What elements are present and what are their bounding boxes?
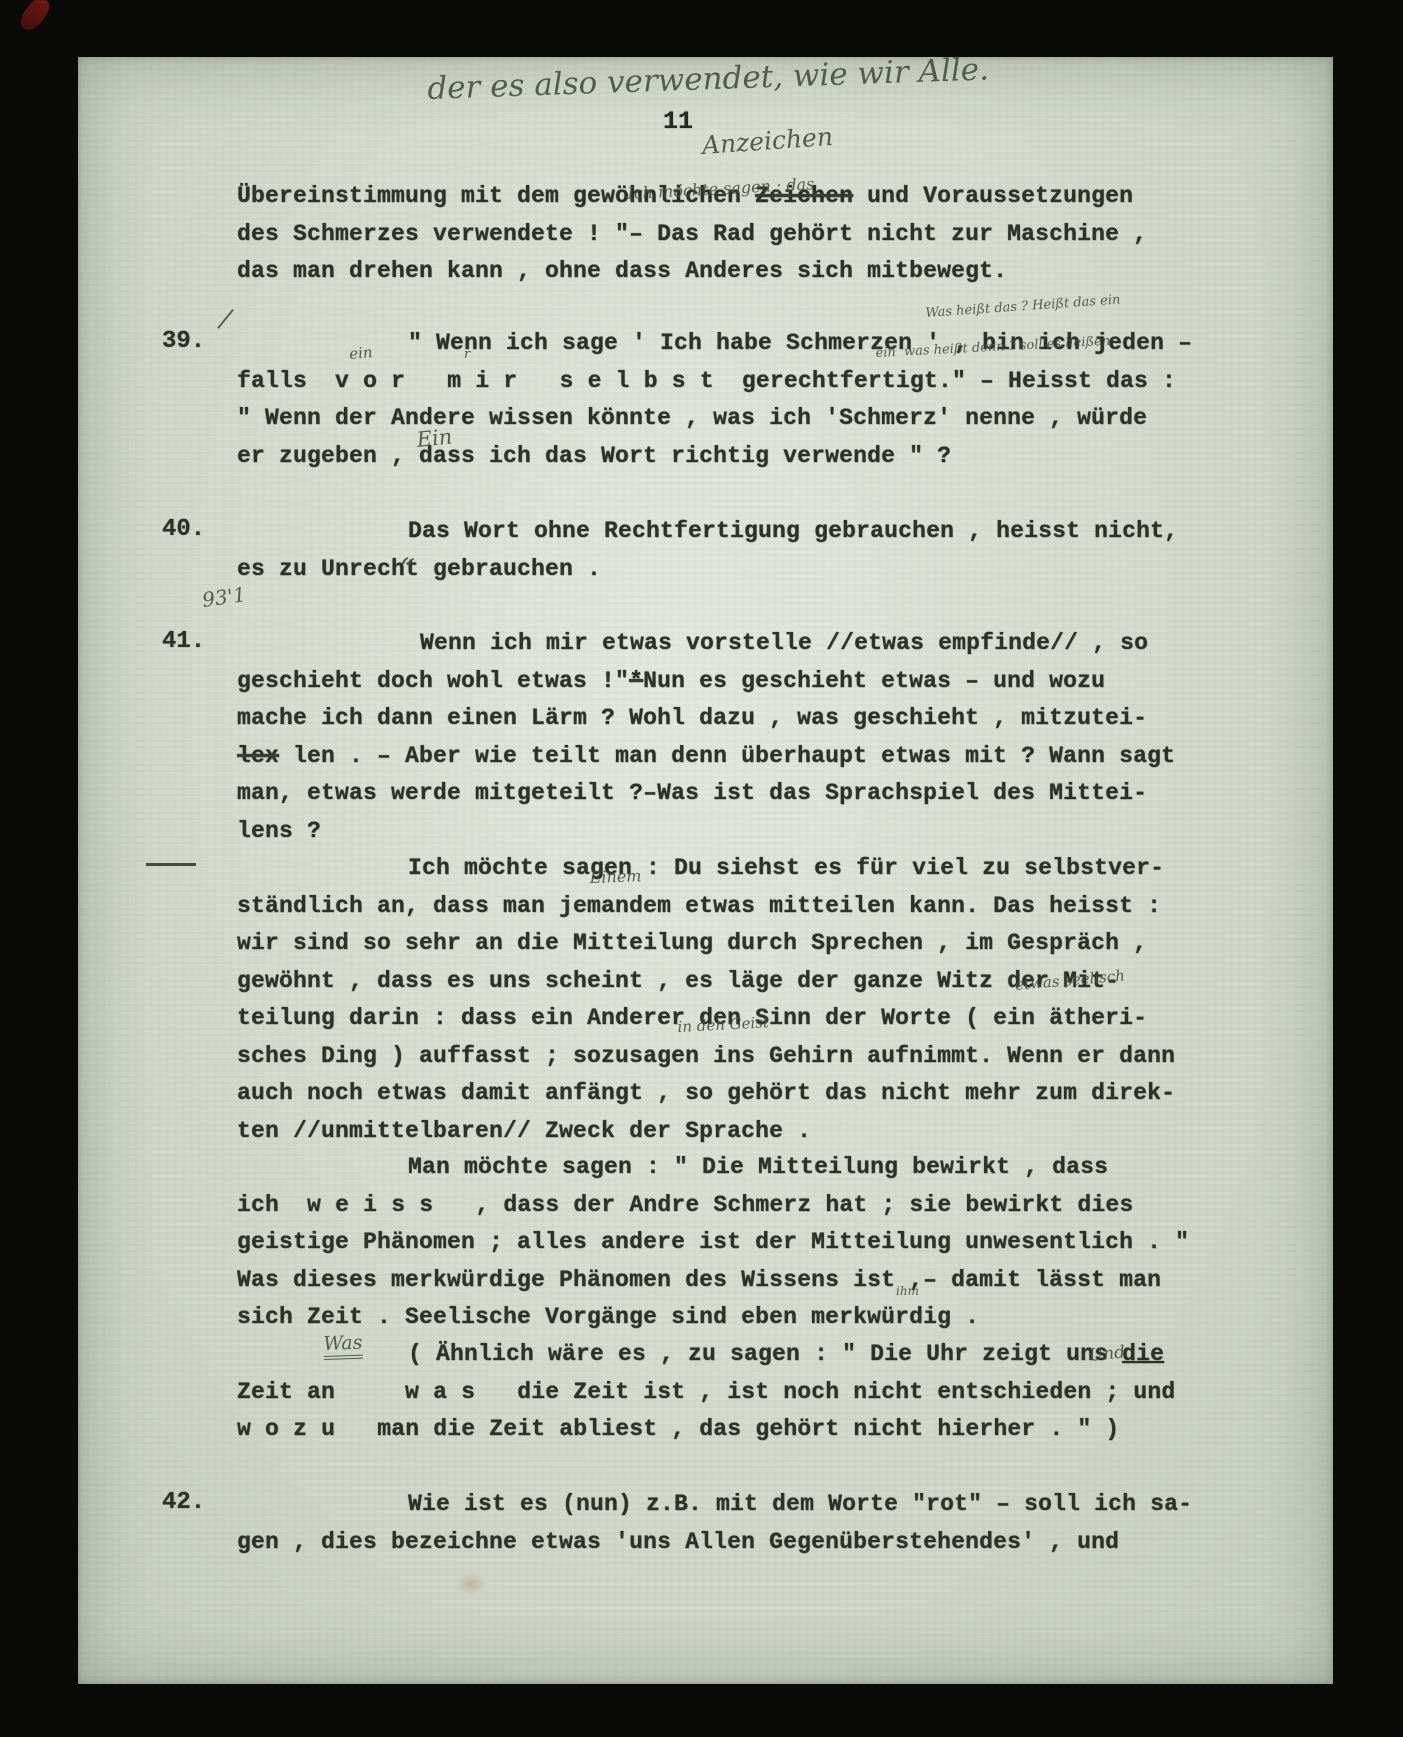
page: 11 Übereinstimmung mit dem gewöhnlichen … (78, 57, 1333, 1684)
typed-line: ich weiss , dass der Andre Schmerz hat ;… (237, 1190, 1133, 1220)
typed-line: ten //unmittelbaren// Zweck der Sprache … (237, 1116, 811, 1146)
tick-mark: ∕ (218, 304, 233, 335)
margin-dash (146, 863, 196, 866)
scan-background: { "scan": { "page_number": "11", "paper_… (0, 0, 1403, 1737)
section-number: 40. (162, 516, 205, 543)
typed-line: gen , dies bezeichne etwas 'uns Allen Ge… (237, 1527, 1119, 1557)
typed-line: Wie ist es (nun) z.B. mit dem Worte "rot… (408, 1489, 1192, 1519)
text-segment: das man drehen kann , ohne dass Anderes … (237, 258, 1007, 284)
section-number: 39. (162, 328, 205, 355)
typed-line: auch noch etwas damit anfängt , so gehör… (237, 1078, 1175, 1108)
text-segment: mache ich dann einen Lärm ? Wohl dazu , … (237, 705, 1147, 731)
text-segment: es zu Unrecht gebrauchen . (237, 556, 601, 582)
text-segment: lens ? (237, 818, 321, 844)
typed-line: lex len . – Aber wie teilt man denn über… (237, 741, 1175, 771)
text-segment (349, 1379, 405, 1405)
typed-line: mache ich dann einen Lärm ? Wohl dazu , … (237, 703, 1147, 733)
text-segment: des Schmerzes verwendete ! "– Das Rad ge… (237, 221, 1147, 247)
typed-line: geschieht doch wohl etwas !"*Nun es gesc… (237, 666, 1105, 696)
text-spaced: was (405, 1379, 489, 1405)
text-strike: lex (237, 743, 279, 769)
text-segment: auch noch etwas damit anfängt , so gehör… (237, 1080, 1175, 1106)
text-spaced: wozu (237, 1416, 349, 1442)
text-segment: Was dieses merkwürdige Phänomen des Wiss… (237, 1267, 1161, 1293)
typed-line: des Schmerzes verwendete ! "– Das Rad ge… (237, 219, 1147, 249)
correction-Ein: Ein (415, 424, 453, 452)
typed-line: man, etwas werde mitgeteilt ?–Was ist da… (237, 778, 1147, 808)
correction-r: r (464, 347, 470, 362)
correction-und: Und (1088, 1342, 1126, 1366)
typed-line: Das Wort ohne Rechtfertigung gebrauchen … (408, 516, 1178, 546)
correction-anzeichen: Anzeichen (701, 122, 834, 160)
text-segment: geschieht doch wohl etwas !" (237, 668, 629, 694)
text-segment: geistige Phänomen ; alles andere ist der… (237, 1229, 1189, 1255)
paper-smudge (456, 1573, 486, 1595)
correction-einem: Einem (589, 866, 641, 887)
text-segment: ten //unmittelbaren// Zweck der Sprache … (237, 1118, 811, 1144)
typed-line: Man möchte sagen : " Die Mitteilung bewi… (408, 1152, 1108, 1182)
typed-line: wir sind so sehr an die Mitteilung durch… (237, 928, 1147, 958)
insertion-ihm: ihm (896, 1284, 919, 1298)
typed-line: sich Zeit . Seelische Vorgänge sind eben… (237, 1302, 979, 1332)
section-number: 41. (162, 628, 205, 655)
text-spaced: weiss (307, 1192, 447, 1218)
text-segment: Das Wort ohne Rechtfertigung gebrauchen … (408, 518, 1178, 544)
section-number: 42. (162, 1489, 205, 1516)
text-segment: man, etwas werde mitgeteilt ?–Was ist da… (237, 780, 1147, 806)
header-handwriting: der es also verwendet, wie wir Alle. (427, 51, 990, 107)
text-spaced: vor mir selbst (335, 368, 728, 394)
text-segment: gewöhnt , dass es uns scheint , es läge … (237, 968, 1119, 994)
typed-line: ständlich an, dass man jemandem etwas mi… (237, 891, 1161, 921)
typed-line: geistige Phänomen ; alles andere ist der… (237, 1227, 1189, 1257)
text-segment: wir sind so sehr an die Mitteilung durch… (237, 930, 1147, 956)
text-ul: die (1122, 1341, 1164, 1367)
typed-line: wozu man die Zeit abliest , das gehört n… (237, 1414, 1119, 1444)
text-segment: sich Zeit . Seelische Vorgänge sind eben… (237, 1304, 979, 1330)
text-strike: * (629, 668, 643, 694)
text-segment: gen , dies bezeichne etwas 'uns Allen Ge… (237, 1529, 1119, 1555)
text-segment: sches Ding ) auffasst ; sozusagen ins Ge… (237, 1043, 1175, 1069)
typed-line: ( Ähnlich wäre es , zu sagen : " Die Uhr… (408, 1339, 1164, 1369)
text-segment: , dass der Andre Schmerz hat ; sie bewir… (447, 1192, 1133, 1218)
typed-line: Ich möchte sagen : Du siehst es für viel… (408, 853, 1164, 883)
typed-line: Zeit an was die Zeit ist , ist noch nich… (237, 1377, 1175, 1407)
text-segment: gerechtfertigt." – Heisst das : (728, 368, 1176, 394)
margin-number: 93'1 (201, 582, 248, 612)
text-segment: ( Ähnlich wäre es , zu sagen : " Die Uhr… (408, 1341, 1122, 1367)
typed-line: Was dieses merkwürdige Phänomen des Wiss… (237, 1265, 1161, 1295)
text-segment: len . – Aber wie teilt man denn überhaup… (279, 743, 1175, 769)
text-segment: ich (237, 1192, 307, 1218)
typed-line: Wenn ich mir etwas vorstelle //etwas emp… (420, 628, 1148, 658)
typed-line: das man drehen kann , ohne dass Anderes … (237, 256, 1007, 286)
red-corner-mark (16, 0, 54, 34)
text-segment: man die Zeit abliest , das gehört nicht … (349, 1416, 1119, 1442)
text-segment: Wenn ich mir etwas vorstelle //etwas emp… (420, 630, 1148, 656)
text-segment: Ich möchte sagen : Du siehst es für viel… (408, 855, 1164, 881)
typed-line: lens ? (237, 816, 321, 846)
typed-line: " Wenn der Andere wissen könnte , was ic… (237, 403, 1147, 433)
typed-line: gewöhnt , dass es uns scheint , es läge … (237, 966, 1119, 996)
typed-line: er zugeben , dass ich das Wort richtig v… (237, 441, 951, 471)
margin-scrawl-upper: Was heißt das ? Heißt das ein (925, 292, 1121, 321)
typed-line: es zu Unrecht gebrauchen . (237, 554, 601, 584)
correction-was: Was (323, 1332, 363, 1360)
text-segment: Man möchte sagen : " Die Mitteilung bewi… (408, 1154, 1108, 1180)
text-segment: Wie ist es (nun) z.B. mit dem Worte "rot… (408, 1491, 1192, 1517)
text-segment: ständlich an, dass man jemandem etwas mi… (237, 893, 1161, 919)
text-segment: " Wenn der Andere wissen könnte , was ic… (237, 405, 1147, 431)
text-segment: falls (237, 368, 335, 394)
correction-ein: ein (348, 343, 373, 363)
typed-line: sches Ding ) auffasst ; sozusagen ins Ge… (237, 1041, 1175, 1071)
text-segment: und Voraussetzungen (853, 183, 1133, 209)
typed-line: falls vor mir selbst gerechtfertigt." – … (237, 366, 1176, 396)
page-number: 11 (663, 107, 693, 136)
text-segment: Zeit an (237, 1379, 349, 1405)
text-segment: Nun es geschieht etwas – und wozu (643, 668, 1105, 694)
text-segment: er zugeben , dass ich das Wort richtig v… (237, 443, 951, 469)
text-segment: die Zeit ist , ist noch nicht entschiede… (489, 1379, 1175, 1405)
